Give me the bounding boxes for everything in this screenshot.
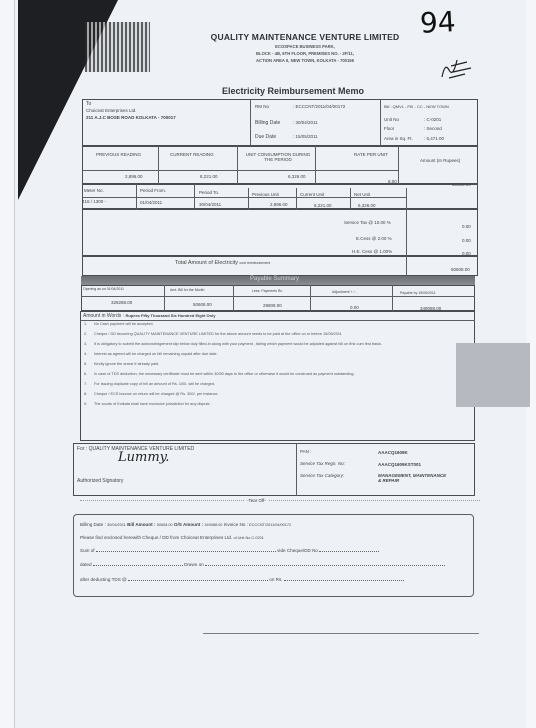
due-date-value: : 15/05/2011 (293, 134, 318, 139)
pan-value: AAACQ1609K (378, 450, 408, 455)
header-period-to: Period To. (199, 190, 219, 195)
due-date-label: Due Date (255, 134, 276, 140)
slip-bill-amount-value: 50608.00 (157, 523, 173, 527)
floor-value: : Second (424, 126, 442, 131)
company-logo (85, 22, 150, 72)
slip-sum-line: Sum of vide Cheque/DD No (80, 548, 379, 553)
unit-no-label: Unit No (384, 117, 399, 122)
summary-bill-value: 50608.00 (193, 302, 212, 307)
on-rs-field[interactable] (284, 578, 404, 581)
total-row (82, 256, 478, 276)
term-item: 3.It is obligatory to submit the acknowl… (84, 342, 464, 346)
term-item: 4.Interest as agreed will be charged on … (84, 352, 464, 356)
payment-slip: Billing Date : 30/04/2011 Bill Amount : … (73, 514, 474, 597)
header-amount: Amount (In Rupees) (420, 158, 460, 163)
handwritten-page-number: 94 (419, 5, 456, 40)
tax-block (82, 209, 478, 256)
slip-bill-amount-label: Bill Amount : (127, 522, 155, 527)
company-address-3: ACTION AREA II, NEW TOWN, KOLKATA - 7001… (200, 58, 410, 63)
slip-drawn-on-label: Drawn on (184, 562, 204, 567)
slip-sum-of-label: Sum of (80, 548, 95, 553)
service-tax-amount: 0.00 (462, 224, 471, 229)
scan-artifact (456, 343, 530, 407)
header-current-reading: CURRENT READING (170, 152, 214, 157)
service-tax-label: Service Tax @ 10.00 % (344, 220, 391, 225)
st-category-value: MANAGEMENT, MAINTENANCE & REPAIR (378, 473, 448, 483)
summary-payments-value: 29808.00 (263, 303, 282, 308)
ecess-label: E.Cess @ 2.00 % (356, 236, 392, 241)
cheque-no-field[interactable] (319, 549, 379, 552)
slip-os-value: 349088.00 (204, 523, 222, 527)
unit-consumption-value: 6,326.00 (288, 174, 306, 179)
st-regn-label: Service Tax Regn. No: (300, 461, 345, 466)
slip-billing-value: 30/04/2011 (107, 523, 126, 527)
previous-unit-value: 2,896.00 (270, 202, 288, 207)
slip-tds-label: after deducting TDS @ (80, 577, 127, 582)
company-header: QUALITY MAINTENANCE VENTURE LIMITED ECOS… (200, 32, 410, 63)
slip-unit-text: of Unit No C-0201 (233, 536, 263, 540)
st-category-label: Service Tax Category: (300, 473, 344, 478)
bottom-rule (203, 633, 479, 634)
company-name: QUALITY MAINTENANCE VENTURE LIMITED (200, 32, 410, 42)
total-label-text: Total Amount of Electricity (175, 260, 238, 266)
unit-no-value: : C-0201 (424, 117, 441, 122)
customer-name: Choiceat Enterprises Ltd. (86, 108, 137, 113)
slip-on-rs-label: on Rs. (269, 577, 282, 582)
current-unit-value: 8,221.00 (314, 203, 332, 208)
slip-dated-line: dated Drawn on (80, 562, 445, 567)
st-regn-value: AAACQ1609KST001 (378, 462, 421, 467)
term-item: 7.For issuing duplicate copy of bill an … (84, 382, 464, 386)
slip-dated-label: dated (80, 562, 92, 567)
slip-tds-line: after deducting TDS @ on Rs. (80, 577, 404, 582)
slip-invoice-value: ECCCNT/2011/04/00172 (249, 523, 291, 527)
header-previous-reading: PREVIOUS READING (96, 152, 141, 157)
term-item: 5.Kindly ignore the arrear if already pa… (84, 362, 464, 366)
slip-invoice-label: Invoice No : (224, 522, 248, 527)
meter-no-value: 416 / 1300 - (82, 199, 106, 204)
summary-banner-title: Payable Summary (250, 276, 299, 282)
terms-list: 1.No Cash payment will be accepted. 2.Ch… (84, 322, 464, 412)
summary-header-opening: Opening as on 01/04/2011 (83, 287, 124, 291)
billing-date-value: : 30/04/2011 (293, 120, 318, 125)
tds-field[interactable] (128, 578, 268, 581)
customer-address: 211 A.J.C BOSE ROAD KOLKATA - 700017 (86, 115, 176, 120)
summary-header-payable: Payable by 15/05/2011 (400, 291, 436, 295)
term-item: 8.Cheque / ECS bounce on return will be … (84, 392, 464, 396)
header-period-from: Period From. (140, 188, 166, 193)
sum-of-field[interactable] (96, 549, 276, 552)
header-net-unit: Net Unit (354, 192, 370, 197)
summary-header-payments: Less: Payments Rc. (252, 289, 283, 293)
billing-date-label: Billing Date (255, 120, 280, 126)
rm-no-value: : ECCCNT/2011/04/00172 (293, 104, 345, 109)
current-reading-value: 8,221.00 (200, 174, 218, 179)
total-label: Total Amount of Electricity cost reimbur… (175, 260, 270, 266)
period-from-value: 01/04/2011 (140, 200, 162, 205)
amount-in-words-value: Rupees Fifty Thousand Six Hundred Eight … (125, 313, 215, 318)
pan-label: PAN : (300, 449, 311, 454)
company-address-1: ECOSPACE BUSINESS PARK, (200, 44, 410, 49)
area-value: : 5,471.00 (424, 136, 444, 141)
slip-os-label: O/S Amount : (174, 522, 203, 527)
signature: Lummy. (118, 450, 169, 465)
net-unit-value: 6,326.00 (358, 203, 376, 208)
ecess-amount: 0.00 (462, 238, 471, 243)
amount-in-words-label: Amount in Words : (83, 313, 124, 319)
summary-adjustment-value: 0.00 (350, 305, 359, 310)
header-unit-consumption: UNIT CONSUMPTION DURING THE PERIOD (244, 152, 312, 162)
total-sublabel: cost reimbursement (240, 261, 271, 265)
summary-header-adjustment: Adjustment + / - (332, 290, 357, 294)
term-item: 2.Cheque / DD favouring QUALITY MAINTENA… (84, 332, 464, 336)
slip-summary-line: Billing Date : 30/04/2011 Bill Amount : … (80, 522, 291, 527)
area-label: Area in Sq. Ft. (384, 136, 413, 141)
slip-enclosed-text: Please find enclosed herewith Cheque / D… (80, 535, 232, 540)
term-item: 6.In case of TDS deduction, the necessar… (84, 372, 464, 376)
term-item: 9.The courts of Kolkata shall have exclu… (84, 402, 464, 406)
term-item: 1.No Cash payment will be accepted. (84, 322, 464, 326)
slip-billing-label: Billing Date : (80, 522, 106, 527)
previous-reading-value: 2,896.00 (125, 174, 143, 179)
to-label: To (86, 101, 91, 107)
tear-off-line (80, 500, 480, 501)
header-previous-unit: Previous Unit (252, 192, 279, 197)
tear-off-label: -Tear Off- (245, 498, 268, 503)
dated-field[interactable] (93, 563, 183, 566)
header-meter-no: Meter No. (84, 188, 104, 193)
memo-title: Electricity Reimbursement Memo (222, 86, 364, 96)
amount-in-words: Amount in Words : Rupees Fifty Thousand … (83, 313, 215, 319)
hecess-label: H.E. Cess @ 1.00% (352, 249, 392, 254)
slip-vide-label: vide Cheque/DD No (277, 548, 318, 553)
total-amount: 50608.00 (451, 267, 470, 272)
drawn-on-field[interactable] (205, 563, 445, 566)
header-rate-per-unit: RATE PER UNIT (354, 152, 388, 157)
summary-header-bill: Amt. Bill for the Month (170, 288, 204, 292)
floor-label: Floor (384, 126, 394, 131)
location-value: Bill : QMVL - PIII - CC - NEW TOWN (384, 104, 449, 109)
summary-opening-value: 328288.00 (111, 300, 132, 305)
authorized-signatory: Authorized Signatory (77, 478, 123, 484)
rm-no-label: RM No (255, 104, 269, 109)
period-to-value: 30/04/2011 (199, 202, 221, 207)
header-current-unit: Current Unit (300, 192, 324, 197)
company-address-2: BLOCK - 4B, 6TH FLOOR, PREMISES NO. - 2F… (200, 51, 410, 56)
handwritten-initials-icon (437, 52, 477, 82)
slip-enclosed-line: Please find enclosed herewith Cheque / D… (80, 535, 264, 540)
